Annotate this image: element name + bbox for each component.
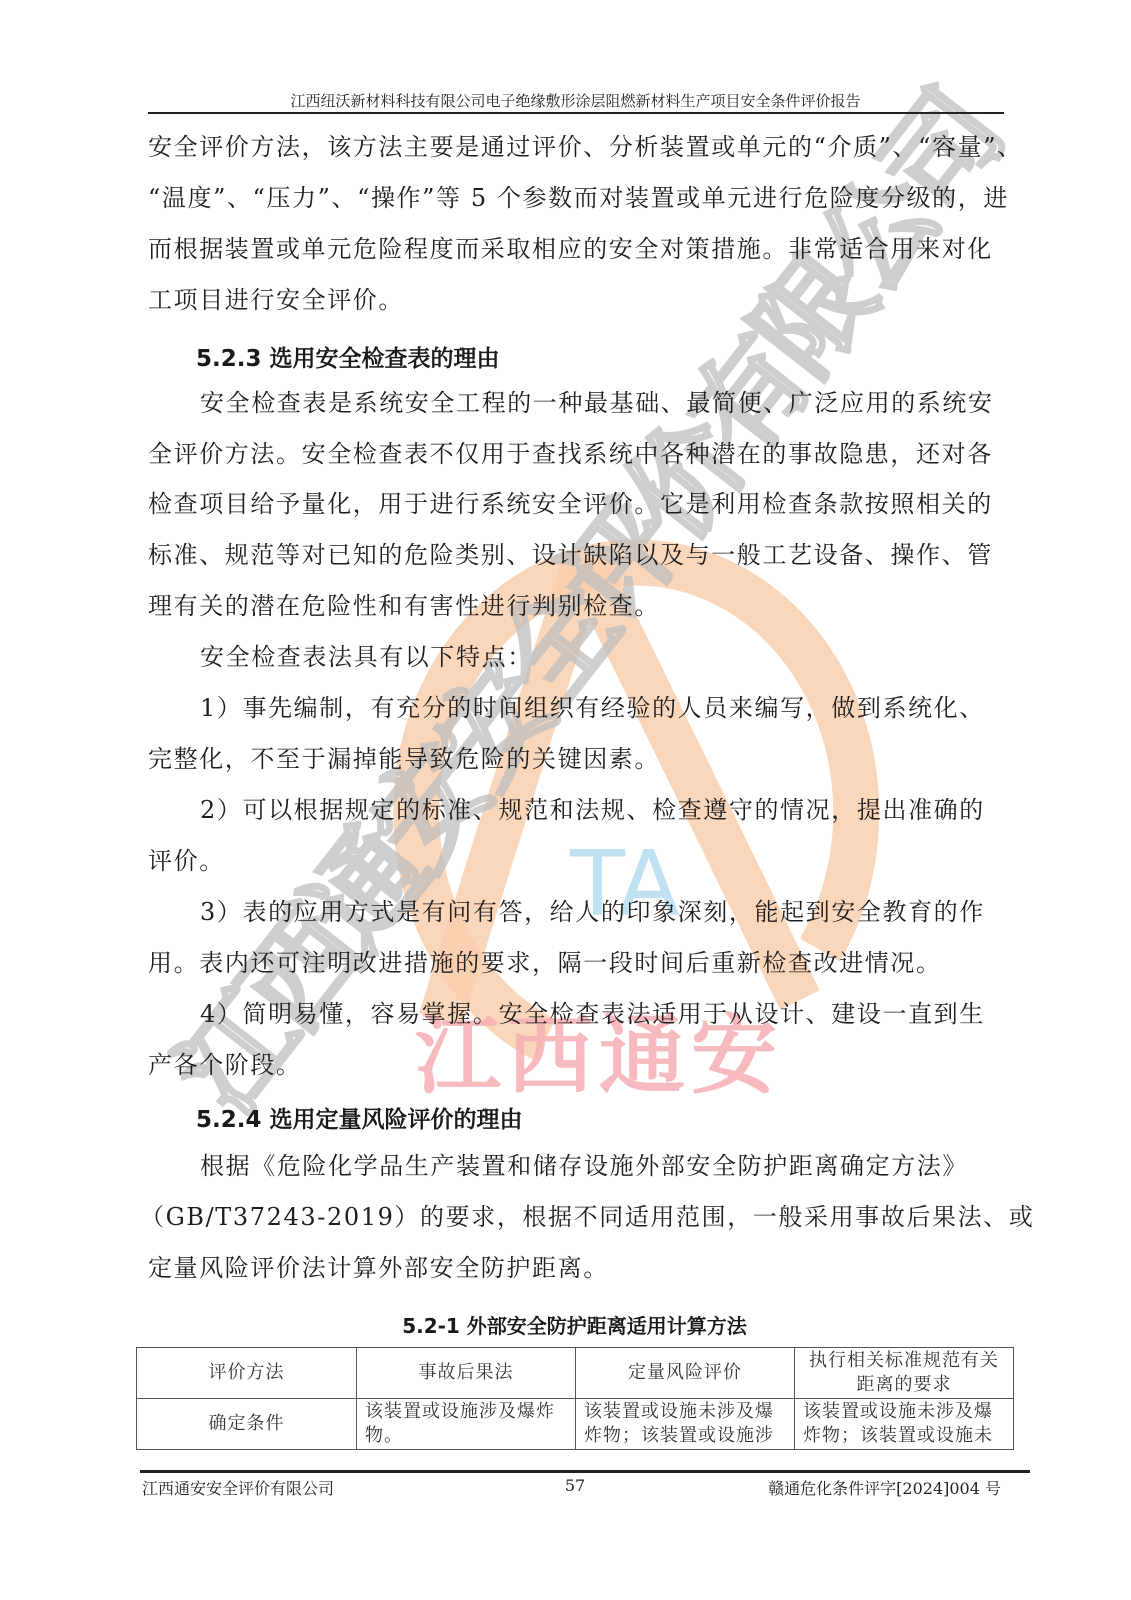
feature-item-2: 2）可以根据规定的标准、规范和法规、检查遵守的情况，提出准确的 (200, 796, 1008, 824)
document-page: TA 江西通安 江西通安安全评价有限公司 江西纽沃新材料科技有限公司电子绝缘敷形… (0, 0, 1131, 1600)
body-line: 安全评价方法，该方法主要是通过评价、分析装置或单元的“介质”、“容量”、 (148, 133, 1008, 161)
body-line: 安全检查表是系统安全工程的一种最基础、最简便、广泛应用的系统安 (200, 389, 1008, 417)
header-divider (148, 112, 1004, 114)
footer-company: 江西通安安全评价有限公司 (142, 1476, 334, 1499)
table-header-cell: 执行相关标准规范有关距离的要求 (795, 1348, 1014, 1399)
body-line: 全评价方法。安全检查表不仅用于查找系统中各种潜在的事故隐患，还对各 (148, 440, 1008, 468)
page-number: 57 (560, 1476, 590, 1495)
body-line: （GB/T37243-2019）的要求，根据不同适用范围，一般采用事故后果法、或 (140, 1203, 1000, 1231)
feature-item-4: 4）简明易懂，容易掌握。安全检查表法适用于从设计、建设一直到生 (200, 1000, 1008, 1028)
body-line: 工项目进行安全评价。 (148, 286, 1008, 314)
body-line: 根据《危险化学品生产装置和储存设施外部安全防护距离确定方法》 (200, 1152, 1008, 1180)
table-header-cell: 定量风险评价 (576, 1348, 795, 1399)
table-header-row: 评价方法 事故后果法 定量风险评价 执行相关标准规范有关距离的要求 (137, 1348, 1014, 1399)
table-cell: 该装置或设施未涉及爆炸物；该装置或设施涉 (576, 1399, 795, 1450)
feature-item-1: 1）事先编制，有充分的时间组织有经验的人员来编写，做到系统化、 (200, 694, 1008, 722)
table-header-cell: 评价方法 (137, 1348, 357, 1399)
calculation-methods-table: 评价方法 事故后果法 定量风险评价 执行相关标准规范有关距离的要求 确定条件 该… (136, 1347, 1014, 1450)
table-cell: 确定条件 (137, 1399, 357, 1450)
feature-item-1-cont: 完整化，不至于漏掉能导致危险的关键因素。 (148, 745, 1008, 773)
footer-divider (140, 1470, 1030, 1473)
body-line: 理有关的潜在危险性和有害性进行判别检查。 (148, 592, 1008, 620)
table-header-cell: 事故后果法 (357, 1348, 576, 1399)
running-header: 江西纽沃新材料科技有限公司电子绝缘敷形涂层阻燃新材料生产项目安全条件评价报告 (148, 90, 1003, 111)
feature-item-4-cont: 产各个阶段。 (148, 1051, 1008, 1079)
section-heading-5-2-4: 5.2.4 选用定量风险评价的理由 (196, 1101, 523, 1134)
body-line: “温度”、“压力”、“操作”等 5 个参数而对装置或单元进行危险度分级的，进 (148, 184, 1008, 212)
section-heading-5-2-3: 5.2.3 选用安全检查表的理由 (196, 340, 500, 373)
features-intro: 安全检查表法具有以下特点： (200, 643, 1008, 671)
feature-item-2-cont: 评价。 (148, 847, 1008, 875)
feature-item-3: 3）表的应用方式是有问有答，给人的印象深刻，能起到安全教育的作 (200, 898, 1008, 926)
table-row: 确定条件 该装置或设施涉及爆炸物。 该装置或设施未涉及爆炸物；该装置或设施涉 该… (137, 1399, 1014, 1450)
table-caption: 5.2-1 外部安全防护距离适用计算方法 (136, 1310, 1013, 1339)
body-line: 检查项目给予量化，用于进行系统安全评价。它是利用检查条款按照相关的 (148, 490, 1008, 518)
table-cell: 该装置或设施未涉及爆炸物；该装置或设施未 (795, 1399, 1014, 1450)
body-line: 而根据装置或单元危险程度而采取相应的安全对策措施。非常适合用来对化 (148, 235, 1008, 263)
body-line: 标准、规范等对已知的危险类别、设计缺陷以及与一般工艺设备、操作、管 (148, 541, 1008, 569)
footer-doc-number: 赣通危化条件评字[2024]004 号 (768, 1476, 1001, 1499)
body-line: 定量风险评价法计算外部安全防护距离。 (148, 1254, 1008, 1282)
table-cell: 该装置或设施涉及爆炸物。 (357, 1399, 576, 1450)
feature-item-3-cont: 用。表内还可注明改进措施的要求，隔一段时间后重新检查改进情况。 (148, 949, 1008, 977)
